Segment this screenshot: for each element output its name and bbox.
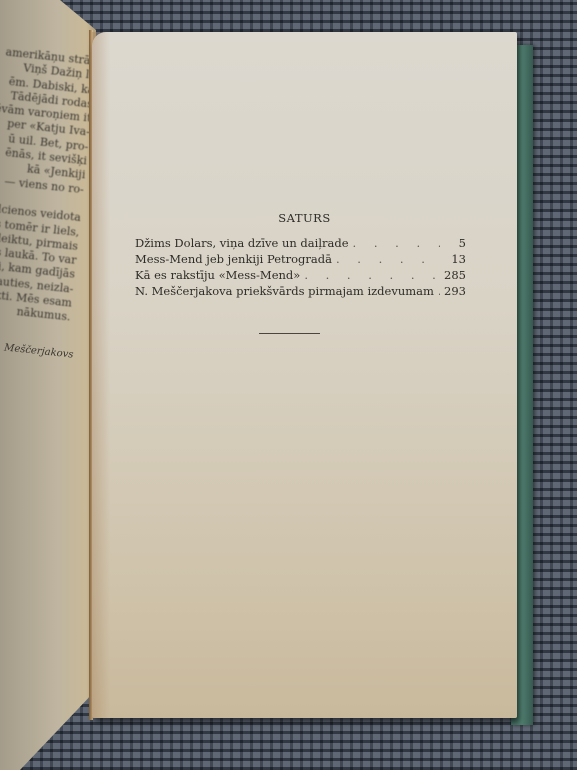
contents-title: SATURS — [92, 211, 517, 225]
entry-title: N. Meščerjakova priekšvārds pirmajam izd… — [135, 284, 434, 298]
contents-entry: Kā es rakstīju «Mess-Mend» . . . . . . .… — [135, 268, 466, 284]
left-page: amerikāņu strād Viņš Dažiņ lo ēm. Dabisk… — [0, 0, 96, 770]
contents-list: Džims Dolars, viņa dzīve un daiļrade . .… — [135, 236, 466, 300]
entry-page: 293 — [444, 284, 466, 298]
contents-entry: N. Meščerjakova priekšvārds pirmajam izd… — [135, 284, 466, 300]
contents-entry: Džims Dolars, viņa dzīve un daiļrade . .… — [135, 236, 466, 252]
leader-dots: . . . . . . . . . . . . . — [304, 268, 440, 282]
leader-dots: . . . . . . . . . — [353, 236, 440, 250]
contents-page: SATURS Džims Dolars, viņa dzīve un daiļr… — [92, 32, 517, 718]
entry-page: 5 — [444, 236, 466, 250]
entry-title: Mess-Mend jeb jenkiji Petrogradā — [135, 252, 332, 266]
contents-entry: Mess-Mend jeb jenkiji Petrogradā . . . .… — [135, 252, 466, 268]
author-signature: Meščerjakovs — [4, 342, 74, 360]
entry-title: Kā es rakstīju «Mess-Mend» — [135, 268, 300, 282]
entry-page: 13 — [444, 252, 466, 266]
entry-page: 285 — [444, 268, 466, 282]
divider-rule — [259, 333, 320, 334]
left-page-text: amerikāņu strād Viņš Dažiņ lo ēm. Dabisk… — [0, 43, 96, 325]
entry-title: Džims Dolars, viņa dzīve un daiļrade — [135, 236, 349, 250]
leader-dots: . . . . — [438, 284, 440, 298]
leader-dots: . . . . . . . . . . — [336, 252, 440, 266]
